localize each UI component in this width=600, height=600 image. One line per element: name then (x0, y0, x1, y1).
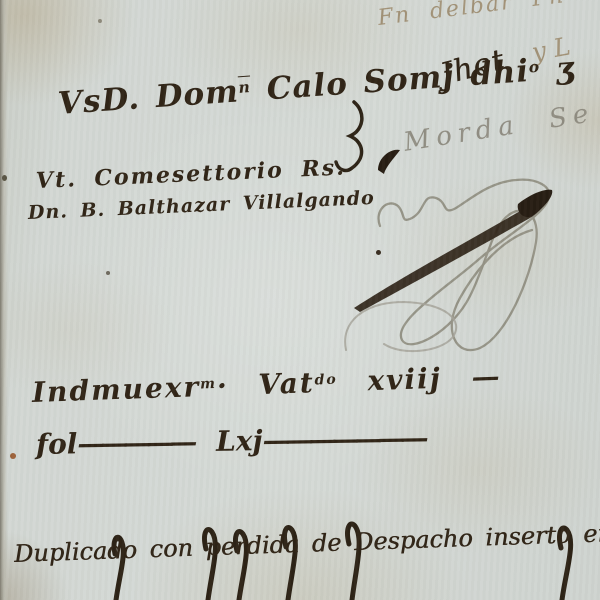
manuscript-page: Fn delbar Pn y L Jhet Morda Se VsD. Domn… (0, 0, 600, 600)
ink-speck (106, 271, 110, 275)
counter-line: Vt. Comesettorio Rs. (35, 154, 346, 193)
signature-text-3: ʒ (539, 50, 576, 88)
folio-number: Lxj (192, 424, 263, 458)
foxing-speck (10, 453, 16, 459)
signature-descender-stroke (336, 102, 362, 170)
ink-speck (376, 250, 381, 255)
folio-dash-2: ——————— (262, 421, 424, 457)
shelfmark-number: xviij — (337, 360, 502, 399)
corner-note: Fn delbar Pn (376, 0, 566, 31)
ink-comma-stroke (378, 150, 400, 174)
shelfmark-superscript-1: m (200, 376, 217, 393)
shelfmark-line: Indmuexrm· Vatdo xviij — (31, 360, 502, 409)
folio-dash-1: ————— (77, 425, 193, 460)
shelfmark-text-1: Indmuexr (31, 370, 200, 409)
shelfmark-text-2: · Vat (216, 366, 315, 402)
rubric-flourish (320, 90, 580, 360)
folio-line: fol————— Lxj——————— (36, 421, 424, 461)
ink-speck (2, 175, 7, 181)
folio-label: fol (36, 427, 78, 461)
signature-text-1: VsD. Dom (57, 73, 240, 122)
ink-speck (98, 19, 102, 23)
shelfmark-superscript-2: do (314, 372, 338, 389)
